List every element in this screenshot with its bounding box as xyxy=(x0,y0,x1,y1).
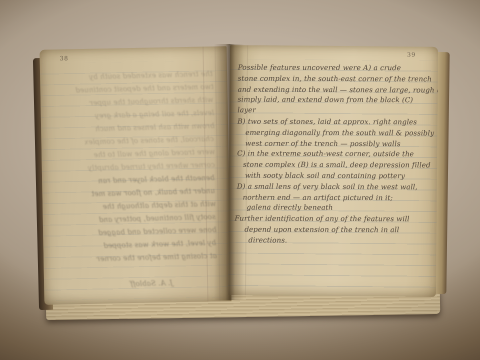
handwritten-line: directions. xyxy=(248,236,287,244)
page-number-right: 39 xyxy=(407,52,416,59)
right-page: 39 Possible features uncovered were A) a… xyxy=(228,45,438,297)
handwritten-line: northern end — an artifact pictured in i… xyxy=(243,193,393,202)
handwritten-line: B) two sets of stones, laid at approx. r… xyxy=(237,118,417,127)
handwritten-line: galena directly beneath xyxy=(247,204,333,212)
handwritten-line: emerging diagonally from the south wall … xyxy=(245,129,434,138)
handwritten-line: Further identification of any of the fea… xyxy=(235,215,410,224)
notebook-photo: 38 the trench was extended south by two … xyxy=(0,0,480,360)
handwritten-line: depend upon extension of the trench in a… xyxy=(244,226,399,235)
handwritten-line: stone complex (B) is a small, deep depre… xyxy=(243,161,431,170)
handwritten-line: with sooty black soil and containing pot… xyxy=(245,172,405,181)
handwritten-line: and extending into the wall — stones are… xyxy=(238,85,438,94)
handwritten-line: layer xyxy=(238,106,256,114)
handwritten-line: stone complex in, the south-east corner … xyxy=(238,74,432,83)
handwritten-line: west corner of the trench — possibly wal… xyxy=(245,139,400,148)
handwritten-line: simply laid, and extend down from the bl… xyxy=(238,96,414,105)
handwritten-line: D) a small lens of very black soil in th… xyxy=(237,182,418,191)
handwritten-line: Possible features uncovered were A) a cr… xyxy=(238,64,401,73)
left-page: 38 the trench was extended south by two … xyxy=(40,46,232,305)
page-number-left: 38 xyxy=(60,55,69,62)
showthrough-signature: J. A. Sabloff xyxy=(130,279,173,288)
handwritten-line: C) in the extreme south-west corner, out… xyxy=(237,150,414,159)
